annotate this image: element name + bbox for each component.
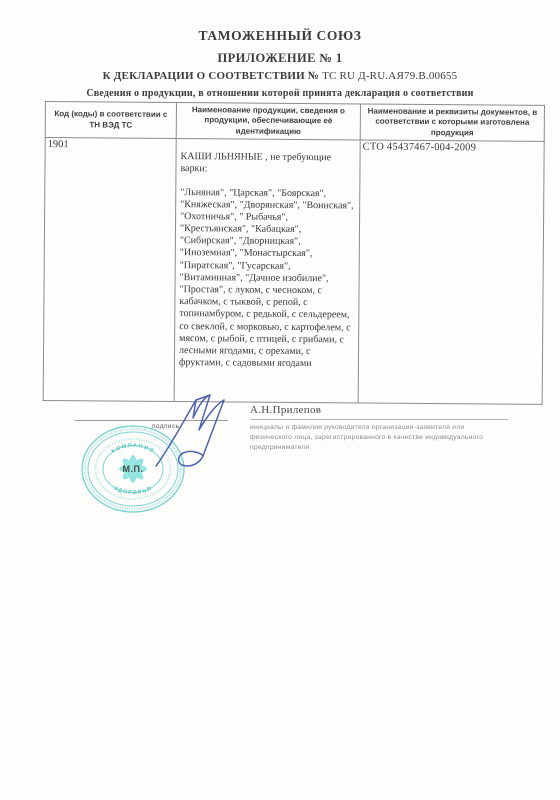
declaration-label: К ДЕКЛАРАЦИИ О СООТВЕТСТВИИ № [103,70,319,82]
applicant-block: А.Н.Прилепов инициалы и фамилия руководи… [250,404,508,453]
column-header-product: Наименование продукции, сведения о проду… [176,103,360,141]
document-title: ТАМОЖЕННЫЙ СОЮЗ [0,28,560,44]
svg-text:ЗДОРОВЬЯ: ЗДОРОВЬЯ [113,486,153,496]
document-subtitle: ПРИЛОЖЕНИЕ № 1 [0,51,560,66]
cell-document: СТО 45437467-004-2009 [358,140,544,404]
name-underline [250,419,508,420]
declaration-line: К ДЕКЛАРАЦИИ О СООТВЕТСТВИИ № ТС RU Д-RU… [0,70,560,82]
products-table-header: Код (коды) в соответствии с ТН ВЭД ТС На… [45,102,544,142]
table-row: 1901 КАШИ ЛЬНЯНЫЕ , не требующие варки: … [43,138,544,405]
column-header-code: Код (коды) в соответствии с ТН ВЭД ТС [45,102,176,139]
declaration-number: ТС RU Д-RU.АЯ79.В.00655 [319,70,457,82]
stamp-bottom-text: ЗДОРОВЬЯ [113,486,153,496]
applicant-name: А.Н.Прилепов [250,404,508,416]
column-header-documents: Наименование и реквизиты документов, в с… [360,104,544,142]
handwritten-signature [140,392,240,474]
cell-product: КАШИ ЛЬНЯНЫЕ , не требующие варки: "Льня… [174,139,360,403]
scanned-declaration-page: ТАМОЖЕННЫЙ СОЮЗ ПРИЛОЖЕНИЕ № 1 К ДЕКЛАРА… [0,0,560,800]
products-table: Код (коды) в соответствии с ТН ВЭД ТС На… [43,101,545,405]
product-intro: КАШИ ЛЬНЯНЫЕ , не требующие варки: [180,151,356,177]
cell-code: 1901 [43,138,176,402]
product-list: "Льняная", "Царская", "Боярская", "Княже… [179,187,356,371]
table-caption: Сведения о продукции, в отношении которо… [0,88,560,99]
applicant-caption: инициалы и фамилия руководителя организа… [250,423,508,453]
